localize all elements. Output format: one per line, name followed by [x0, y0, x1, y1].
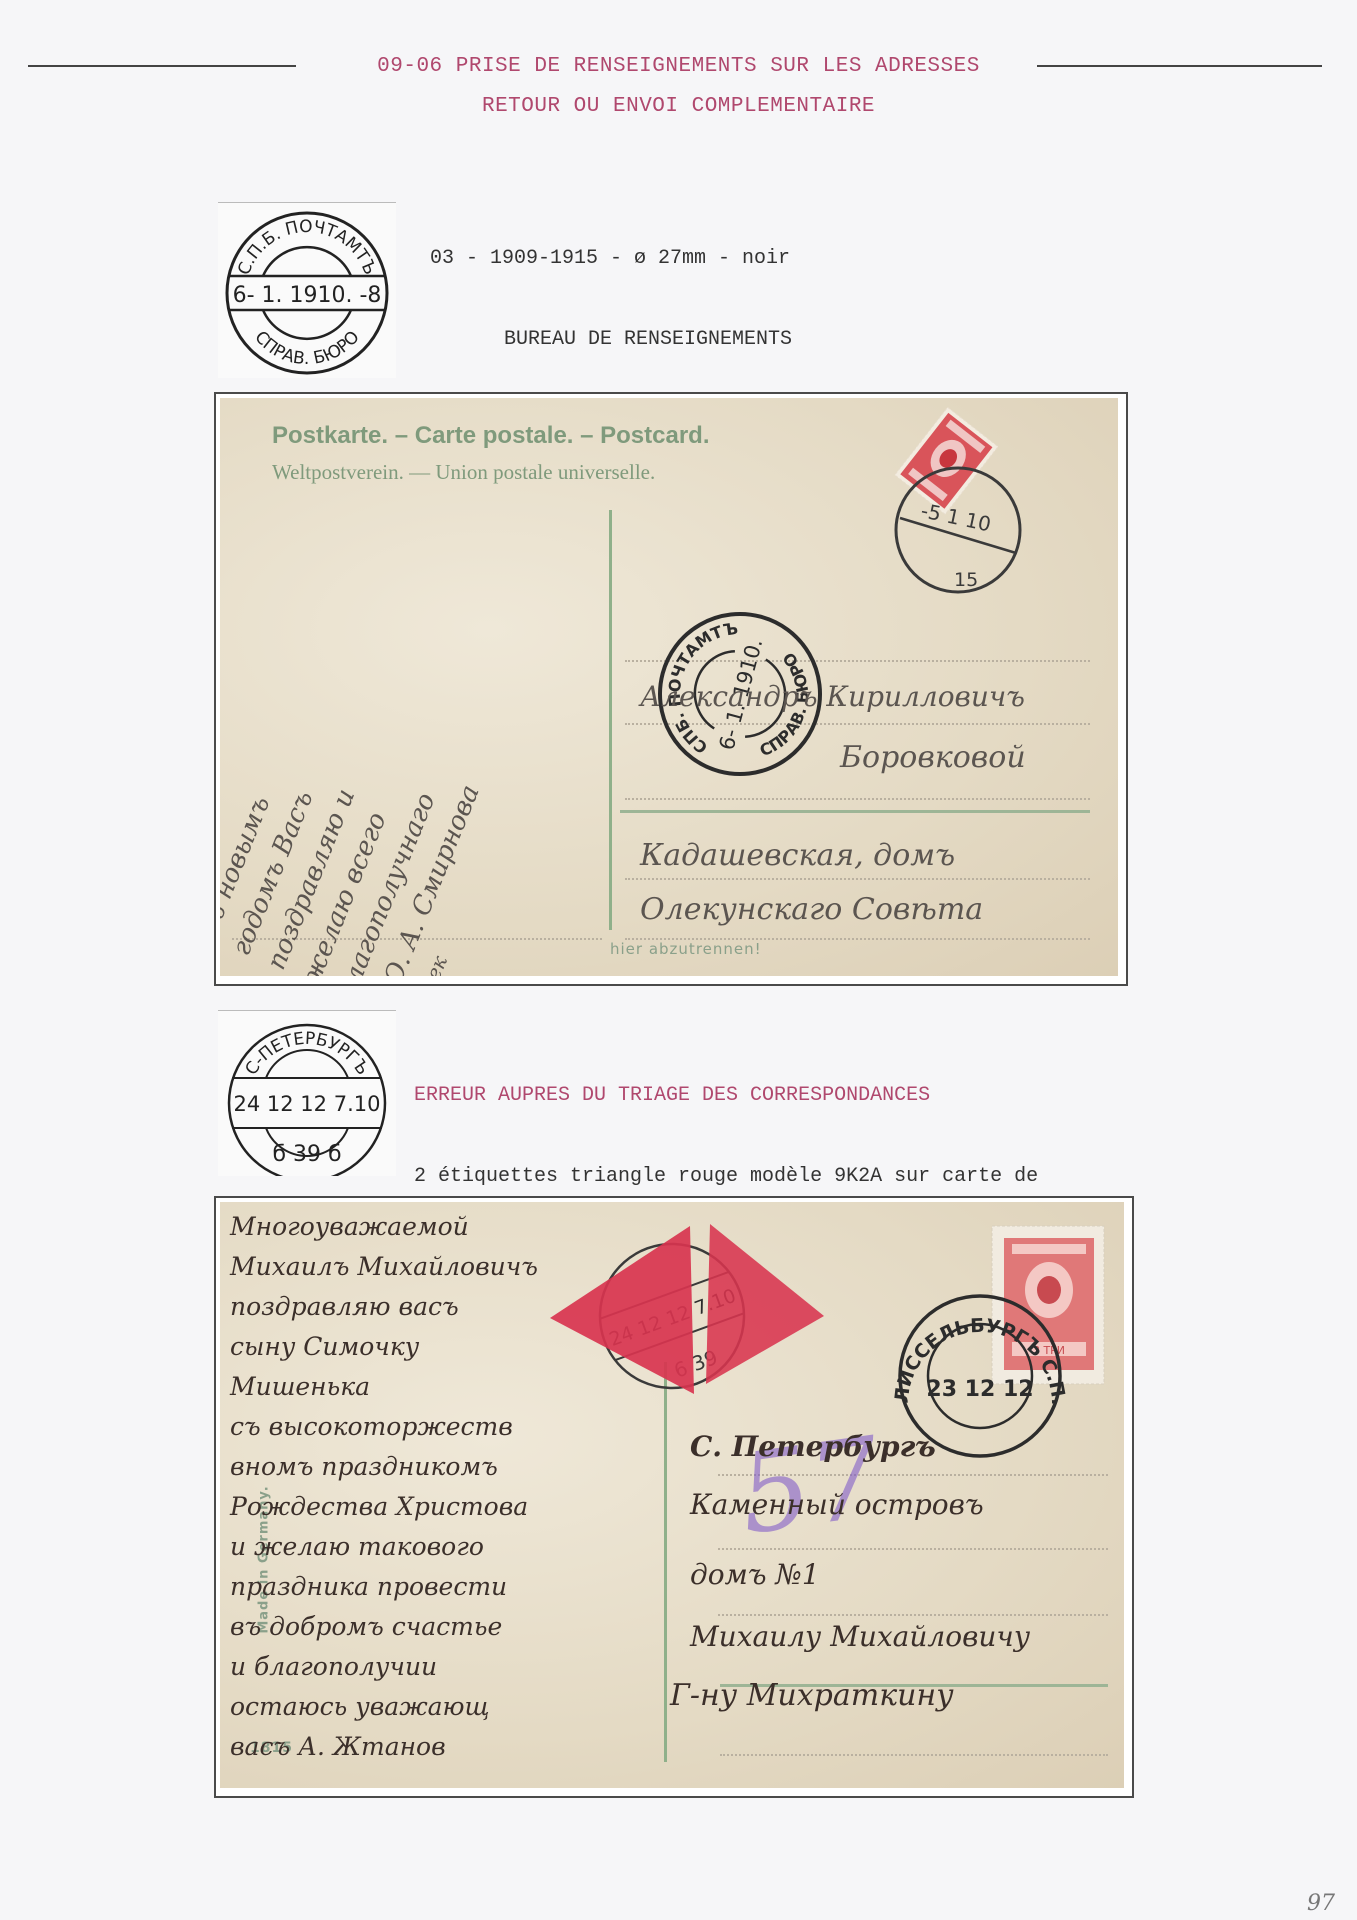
address-handwriting: Кадашевская, домъ [640, 838, 955, 873]
svg-text:23 12 12: 23 12 12 [926, 1377, 1033, 1402]
postcard-subheading: Weltpostverein. — Union postale universe… [272, 460, 655, 485]
postcard-divider [609, 510, 612, 930]
message-handwriting: Съ новымъ годомъ Васъ поздравляю и желаю… [220, 489, 649, 976]
description-heading: ERREUR AUPRES DU TRIAGE DES CORRESPONDAN… [414, 1082, 1086, 1109]
address-line [625, 798, 1090, 800]
svg-text:24 12 12 7.10: 24 12 12 7.10 [606, 1285, 738, 1351]
postcard-divider [664, 1362, 667, 1762]
postmark-date: 6- 1. 1910. -8 [233, 283, 382, 308]
page-subtitle: RETOUR OU ENVOI COMPLEMENTAIRE [0, 95, 1357, 118]
svg-text:-5 1 10: -5 1 10 [919, 498, 993, 536]
postmark-drawing-1: С.П.Б. ПОЧТАМТЪ 6- 1. 1910. -8 СПРАВ. БЮ… [218, 202, 396, 378]
address-handwriting: Александръ Кирилловичъ [640, 680, 1025, 713]
postcard-2: Made in Germany. 1815 3 ТРИ ШЛИССЕЛЬБУРГ… [220, 1202, 1124, 1788]
postmark-drawing-2: С-ПЕТЕРБУРГЪ 24 12 12 7.10 б 39 б [218, 1010, 396, 1176]
address-line-green [620, 810, 1090, 813]
svg-text:15: 15 [954, 569, 978, 591]
address-handwriting: С. Петербургъ [690, 1430, 936, 1463]
address-handwriting: Михаилу Михайловичу [690, 1620, 1030, 1653]
address-handwriting: Олекунскаго Совѣта [640, 892, 983, 927]
description-line: 03 - 1909-1915 - ø 27mm - noir [430, 245, 1080, 272]
arrival-postmark: 24 12 12 7.10 6 39 [582, 1226, 762, 1406]
svg-text:С-ПЕТЕРБУРГЪ: С-ПЕТЕРБУРГЪ [241, 1029, 372, 1079]
svg-text:6 39: 6 39 [671, 1345, 721, 1383]
postmark-top-text: С-ПЕТЕРБУРГЪ [241, 1029, 372, 1079]
address-handwriting: Боровковой [840, 740, 1026, 775]
address-handwriting: домъ №1 [690, 1558, 820, 1591]
description-line: BUREAU DE RENSEIGNEMENTS [430, 326, 1080, 353]
postmark-date: 24 12 12 7.10 [234, 1092, 381, 1116]
page-number: 97 [1307, 1891, 1335, 1916]
address-line [718, 1614, 1108, 1616]
page-title: 09-06 PRISE DE RENSEIGNEMENTS SUR LES AD… [0, 55, 1357, 78]
tear-line-label: hier abzutrennen! [610, 940, 762, 958]
departure-postmark: -5 1 10 15 [880, 458, 1040, 608]
address-handwriting: Г-ну Михраткину [670, 1678, 954, 1713]
postmark-bottom-text: б 39 б [272, 1142, 341, 1167]
address-handwriting: Каменный островъ [690, 1488, 984, 1521]
address-line [625, 878, 1090, 880]
postcard-heading: Postkarte. – Carte postale. – Postcard. [272, 422, 710, 450]
description-line: 2 étiquettes triangle rouge modèle 9K2A … [414, 1163, 1086, 1190]
postcard-1: Postkarte. – Carte postale. – Postcard. … [220, 398, 1118, 976]
address-line [720, 1754, 1108, 1756]
